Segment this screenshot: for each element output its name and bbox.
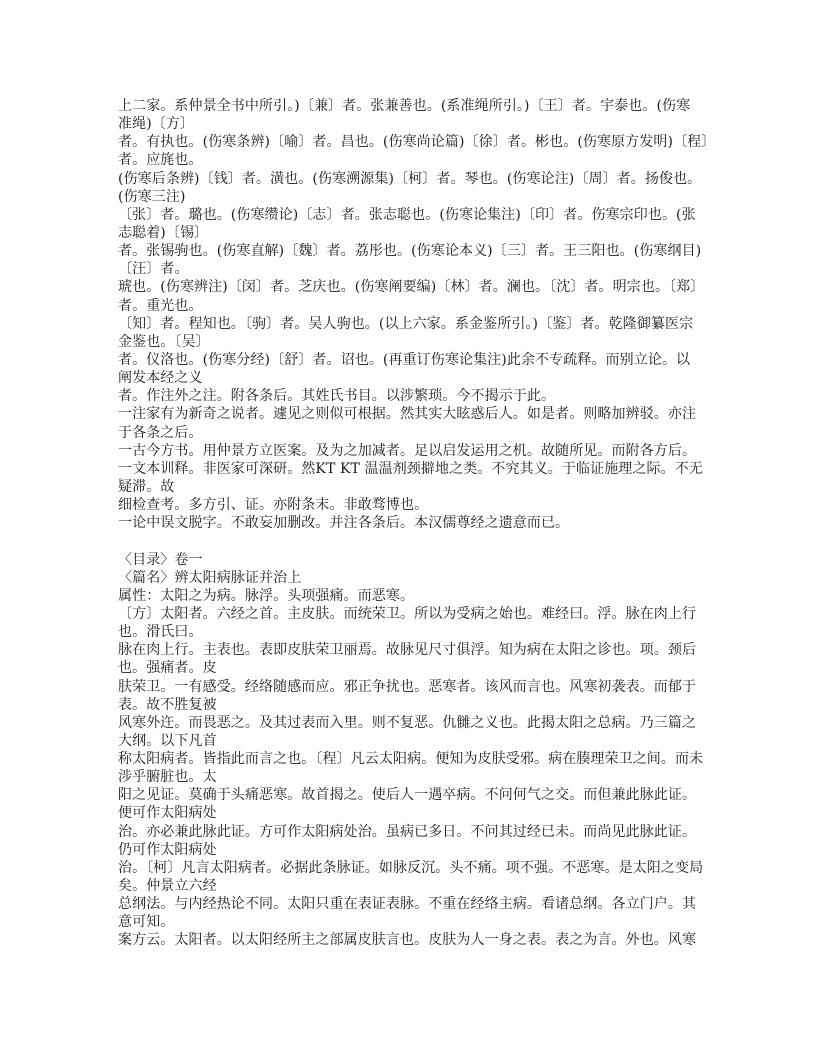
text-line: 疑滞。故 (118, 478, 708, 496)
text-line: 者。有执也。(伤寒条辨)〔喻〕者。昌也。(伤寒尚论篇)〔徐〕者。彬也。(伤寒原方… (118, 133, 708, 151)
text-line: 于各条之后。 (118, 424, 708, 442)
text-line: 治。〔柯〕凡言太阳病者。必据此条脉证。如脉反沉。头不痛。项不强。不恶寒。是太阳之… (118, 859, 708, 877)
text-line: 一古今方书。用仲景方立医案。及为之加减者。足以启发运用之机。故随所见。而附各方后… (118, 442, 708, 460)
text-line: 也。强痛者。皮 (118, 659, 708, 677)
text-line: 金鉴也。〔吴〕 (118, 333, 708, 351)
text-line: 治。亦必兼此脉此证。方可作太阳病处治。虽病已多日。不问其过经已未。而尚见此脉此证… (118, 823, 708, 841)
text-line: 涉乎腑脏也。太 (118, 768, 708, 786)
text-line: 〔汪〕者。 (118, 260, 708, 278)
text-line: 矣。仲景立六经 (118, 877, 708, 895)
text-line: 细检查考。多方引、证。亦附条末。非敢骛博也。 (118, 496, 708, 514)
text-line: 阐发本经之义 (118, 369, 708, 387)
text-line: 称太阳病者。皆指此而言之也。〔程〕凡云太阳病。便知为皮肤受邪。病在腠理荣卫之间。… (118, 750, 708, 768)
text-line: 脉在肉上行。主表也。表即皮肤荣卫丽焉。故脉见尺寸俱浮。知为病在太阳之诊也。项。颈… (118, 641, 708, 659)
text-line: 者。张锡驹也。(伤寒直解)〔魏〕者。荔彤也。(伤寒论本义)〔三〕者。王三阳也。(… (118, 242, 708, 260)
text-line: 风寒外迕。而畏恶之。及其过表而入里。则不复恶。仇雠之义也。此揭太阳之总病。乃三篇… (118, 714, 708, 732)
text-line: 〔方〕太阳者。六经之首。主皮肤。而统荣卫。所以为受病之始也。难经曰。浮。脉在肉上… (118, 605, 708, 623)
text-line: 一文本训释。非医家可深研。然KT KT 温温剂颈擗地之类。不究其义。于临证施理之… (118, 460, 708, 478)
document-page: 上二家。系仲景全书中所引。)〔兼〕者。张兼善也。(系准绳所引。)〔王〕者。宇泰也… (118, 97, 708, 950)
text-line: 意可知。 (118, 913, 708, 931)
text-line: 上二家。系仲景全书中所引。)〔兼〕者。张兼善也。(系准绳所引。)〔王〕者。宇泰也… (118, 97, 708, 115)
text-line: 准绳)〔方〕 (118, 115, 708, 133)
chapter-title: 〈篇名〉辨太阳病脉证并治上 (118, 569, 708, 587)
text-line: 〔张〕者。璐也。(伤寒缵论)〔志〕者。张志聪也。(伤寒论集注)〔印〕者。伤寒宗印… (118, 206, 708, 224)
text-line: 总纲法。与内经热论不同。太阳只重在表证表脉。不重在经络主病。看诸总纲。各立门户。… (118, 895, 708, 913)
toc-heading: 〈目录〉卷一 (118, 551, 708, 569)
text-line: 者。应旄也。 (118, 151, 708, 169)
text-line: 仍可作太阳病处 (118, 841, 708, 859)
text-line: 一论中误文脱字。不敢妄加删改。并注各条后。本汉儒尊经之遗意而已。 (118, 514, 708, 532)
text-line: 〔知〕者。程知也。〔驹〕者。吴人驹也。(以上六家。系金鉴所引。)〔鉴〕者。乾隆御… (118, 315, 708, 333)
text-line: 者。仪洛也。(伤寒分经)〔舒〕者。诏也。(再重订伤寒论集注)此余不专疏释。而别立… (118, 351, 708, 369)
text-line: 也。滑氏曰。 (118, 623, 708, 641)
text-line: 琥也。(伤寒辨注)〔闵〕者。芝庆也。(伤寒阐要编)〔林〕者。澜也。〔沈〕者。明宗… (118, 278, 708, 296)
text-line: (伤寒三注) (118, 188, 708, 206)
text-line: (伤寒后条辨)〔钱〕者。潢也。(伤寒溯源集)〔柯〕者。琴也。(伤寒论注)〔周〕者… (118, 170, 708, 188)
text-line: 者。重光也。 (118, 297, 708, 315)
text-line: 属性：太阳之为病。脉浮。头项强痛。而恶寒。 (118, 587, 708, 605)
text-line: 表。故不胜复被 (118, 696, 708, 714)
text-line: 阳之见证。莫确于头痛恶寒。故首揭之。使后人一遇卒病。不问何气之交。而但兼此脉此证… (118, 786, 708, 804)
text-line: 便可作太阳病处 (118, 804, 708, 822)
text-line: 志聪着)〔锡〕 (118, 224, 708, 242)
text-line: 一注家有为新奇之说者。遽见之则似可根据。然其实大眩惑后人。如是者。则略加辨驳。亦… (118, 405, 708, 423)
text-line: 肤荣卫。一有感受。经络随感而应。邪正争扰也。恶寒者。该风而言也。风寒初袭表。而郁… (118, 678, 708, 696)
text-line: 大纲。以下凡首 (118, 732, 708, 750)
text-line: 案方云。太阳者。以太阳经所主之部属皮肤言也。皮肤为人一身之表。表之为言。外也。风… (118, 931, 708, 949)
text-line: 者。作注外之注。附各条后。其姓氏书目。以涉繁琐。今不揭示于此。 (118, 387, 708, 405)
blank-line (118, 532, 708, 550)
